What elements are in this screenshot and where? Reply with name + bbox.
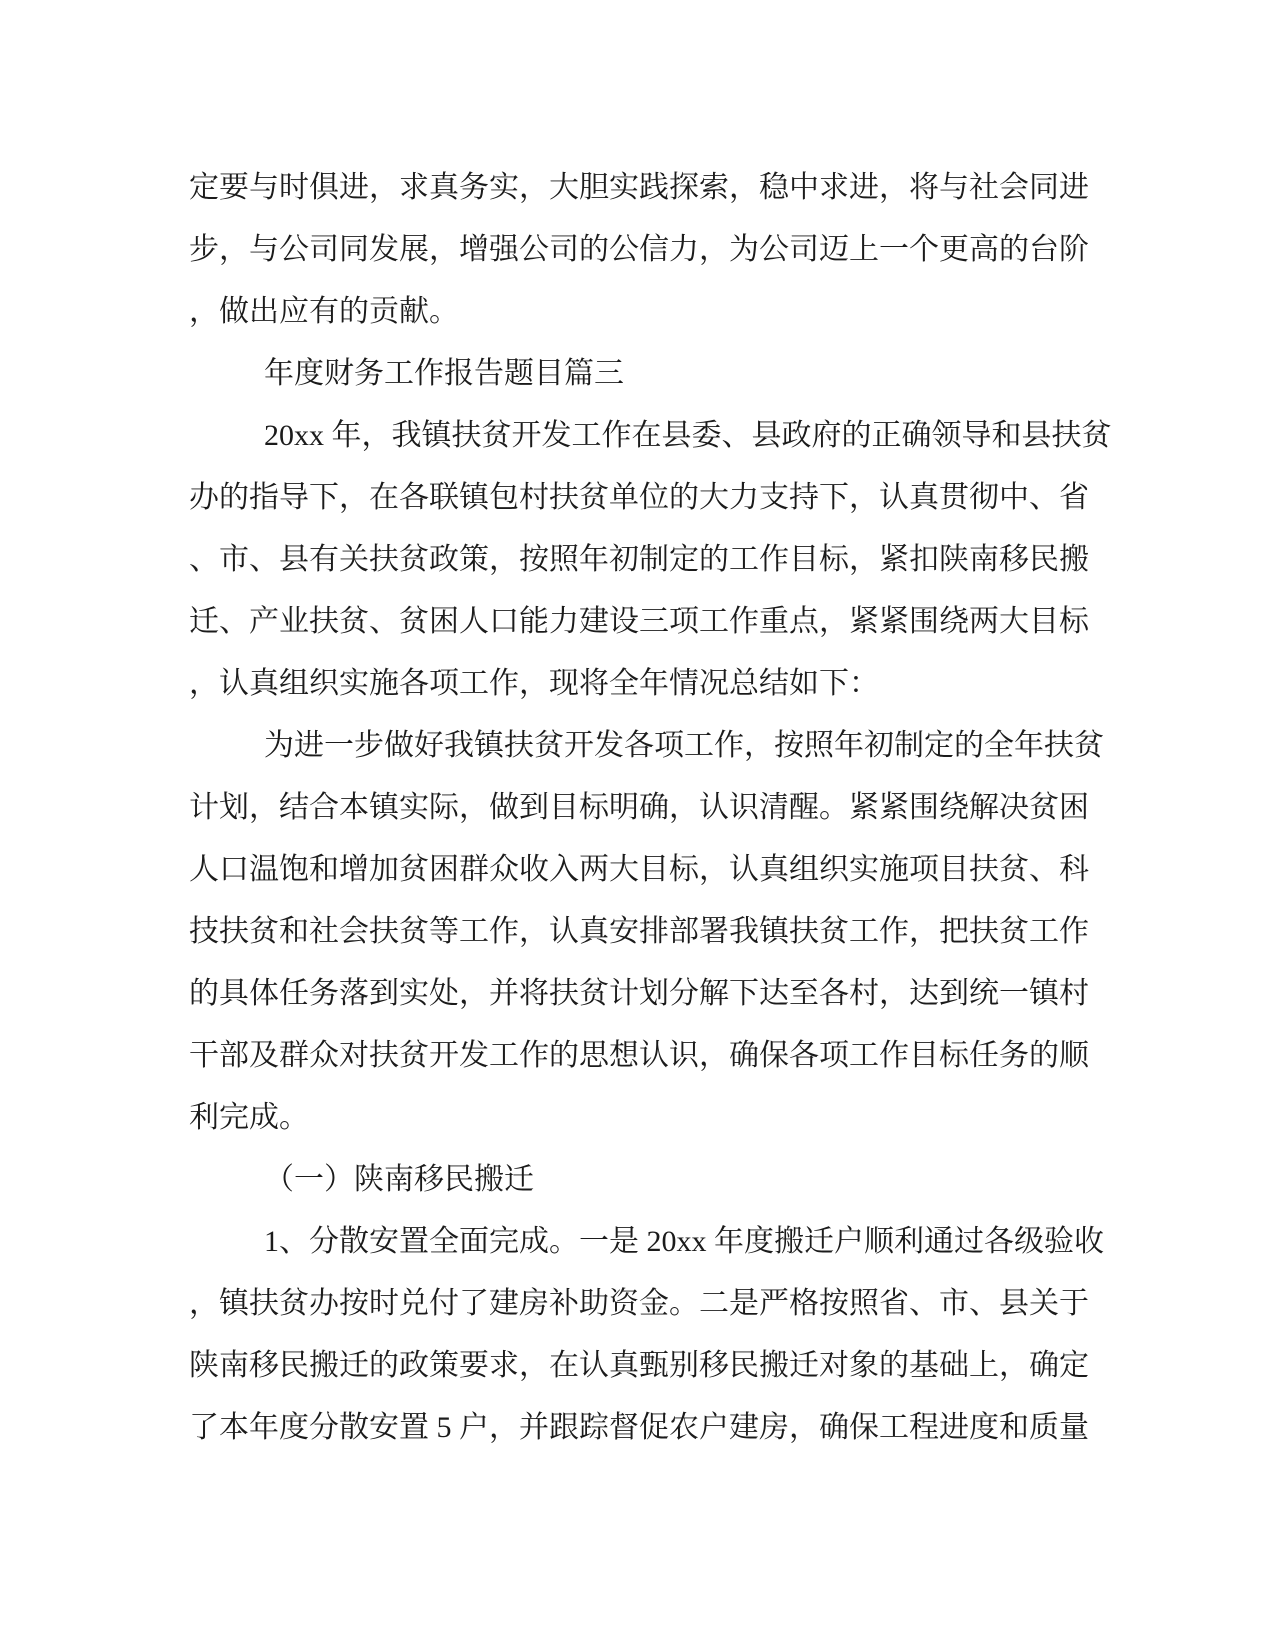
text-line: （一）陕南移民搬迁: [189, 1149, 1101, 1211]
text-line: 1、分散安置全面完成。一是 20xx 年度搬迁户顺利通过各级验收: [189, 1211, 1101, 1273]
text-line: 迁、产业扶贫、贫困人口能力建设三项工作重点，紧紧围绕两大目标: [189, 591, 1101, 653]
text-line: ，镇扶贫办按时兑付了建房补助资金。二是严格按照省、市、县关于: [189, 1273, 1101, 1335]
text-line: 陕南移民搬迁的政策要求，在认真甄别移民搬迁对象的基础上，确定: [189, 1335, 1101, 1397]
text-line: 定要与时俱进，求真务实，大胆实践探索，稳中求进，将与社会同进: [189, 157, 1101, 219]
document-page: 定要与时俱进，求真务实，大胆实践探索，稳中求进，将与社会同进步，与公司同发展，增…: [0, 0, 1275, 1650]
text-line: 为进一步做好我镇扶贫开发各项工作，按照年初制定的全年扶贫: [189, 715, 1101, 777]
text-line: 利完成。: [189, 1087, 1101, 1149]
text-line: ，做出应有的贡献。: [189, 281, 1101, 343]
document-text-block: 定要与时俱进，求真务实，大胆实践探索，稳中求进，将与社会同进步，与公司同发展，增…: [189, 157, 1101, 1459]
text-line: 了本年度分散安置 5 户，并跟踪督促农户建房，确保工程进度和质量: [189, 1397, 1101, 1459]
text-line: 办的指导下，在各联镇包村扶贫单位的大力支持下，认真贯彻中、省: [189, 467, 1101, 529]
text-line: 的具体任务落到实处，并将扶贫计划分解下达至各村，达到统一镇村: [189, 963, 1101, 1025]
text-line: 步，与公司同发展，增强公司的公信力，为公司迈上一个更高的台阶: [189, 219, 1101, 281]
text-line: 干部及群众对扶贫开发工作的思想认识，确保各项工作目标任务的顺: [189, 1025, 1101, 1087]
text-line: 技扶贫和社会扶贫等工作，认真安排部署我镇扶贫工作，把扶贫工作: [189, 901, 1101, 963]
text-line: 人口温饱和增加贫困群众收入两大目标，认真组织实施项目扶贫、科: [189, 839, 1101, 901]
text-line: 年度财务工作报告题目篇三: [189, 343, 1101, 405]
text-line: 、市、县有关扶贫政策，按照年初制定的工作目标，紧扣陕南移民搬: [189, 529, 1101, 591]
text-line: ，认真组织实施各项工作，现将全年情况总结如下：: [189, 653, 1101, 715]
text-line: 计划，结合本镇实际，做到目标明确，认识清醒。紧紧围绕解决贫困: [189, 777, 1101, 839]
text-line: 20xx 年，我镇扶贫开发工作在县委、县政府的正确领导和县扶贫: [189, 405, 1101, 467]
